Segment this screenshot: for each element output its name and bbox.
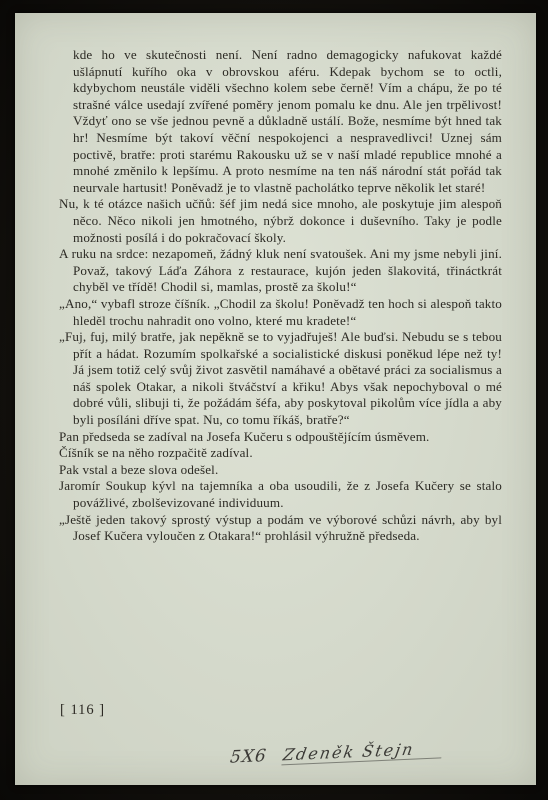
paragraph: Pan předseda se zadíval na Josefa Kučeru… bbox=[59, 429, 502, 446]
paragraph: Pak vstal a beze slova odešel. bbox=[59, 462, 502, 479]
paragraph: Číšník se na něho rozpačitě zadíval. bbox=[59, 445, 502, 462]
handwriting-mark: 5X6 bbox=[229, 746, 268, 768]
paragraph: Nu, k té otázce našich učňů: šéf jim ned… bbox=[59, 196, 502, 246]
paragraph: „Fuj, fuj, milý bratře, jak nepěkně se t… bbox=[59, 329, 502, 429]
handwriting-name: Zdeněk Štejn bbox=[281, 738, 444, 765]
scanned-page: kde ho ve skutečnosti není. Není radno d… bbox=[15, 13, 536, 785]
paragraph: „Ještě jeden takový sprostý výstup a pod… bbox=[59, 512, 502, 545]
page-number: [ 116 ] bbox=[60, 702, 105, 719]
paragraph: kde ho ve skutečnosti není. Není radno d… bbox=[59, 47, 502, 196]
paragraph: A ruku na srdce: nezapomeň, žádný kluk n… bbox=[59, 246, 502, 296]
handwritten-annotation: 5X6Zdeněk Štejn bbox=[230, 738, 443, 767]
paragraph: „Ano,“ vybafl stroze číšník. „Chodil za … bbox=[59, 296, 502, 329]
paragraph: Jaromír Soukup kývl na tajemníka a oba u… bbox=[59, 478, 502, 511]
page-text: kde ho ve skutečnosti není. Není radno d… bbox=[59, 47, 502, 545]
